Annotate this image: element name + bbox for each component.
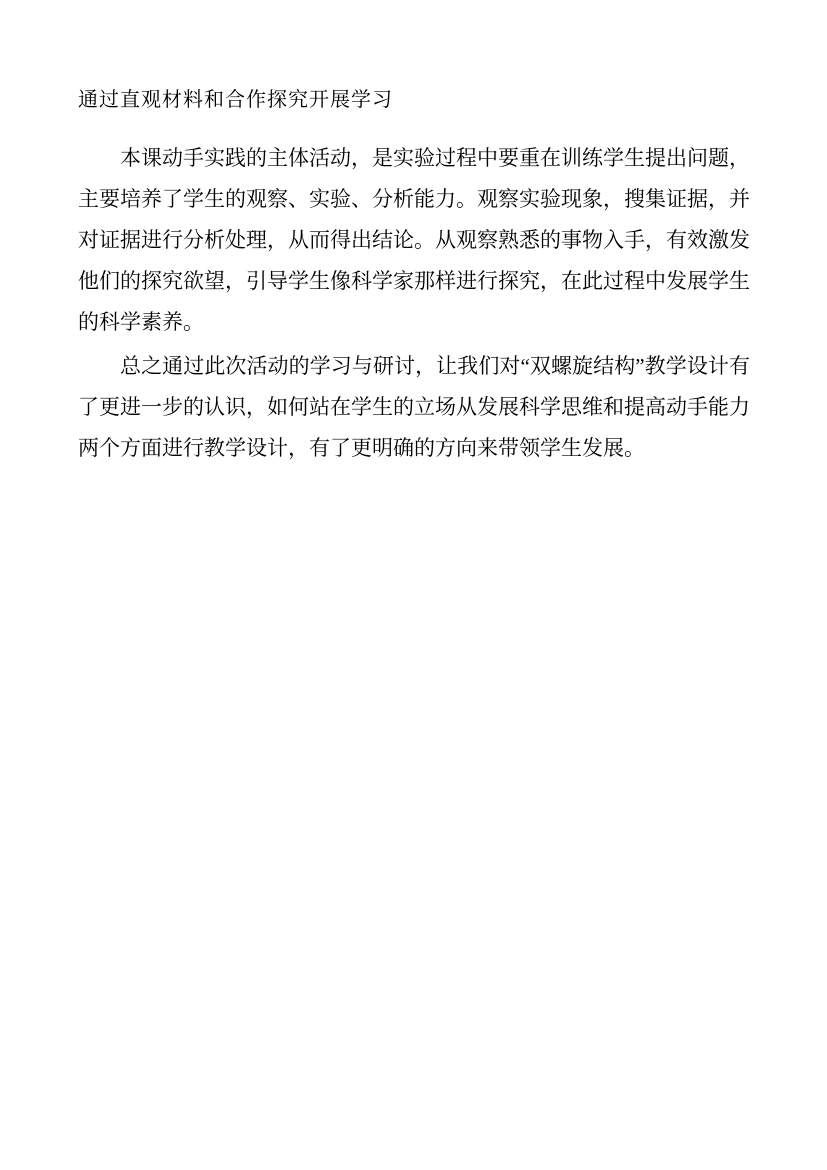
document-heading: 通过直观材料和合作探究开展学习 [78, 86, 750, 114]
document-page: 通过直观材料和合作探究开展学习 本课动手实践的主体活动，是实验过程中要重在训练学… [0, 0, 827, 1170]
paragraph-summary: 总之通过此次活动的学习与研讨，让我们对“双螺旋结构”教学设计有了更进一步的认识，… [78, 346, 750, 469]
paragraph-main-activity: 本课动手实践的主体活动，是实验过程中要重在训练学生提出问题，主要培养了学生的观察… [78, 138, 750, 343]
